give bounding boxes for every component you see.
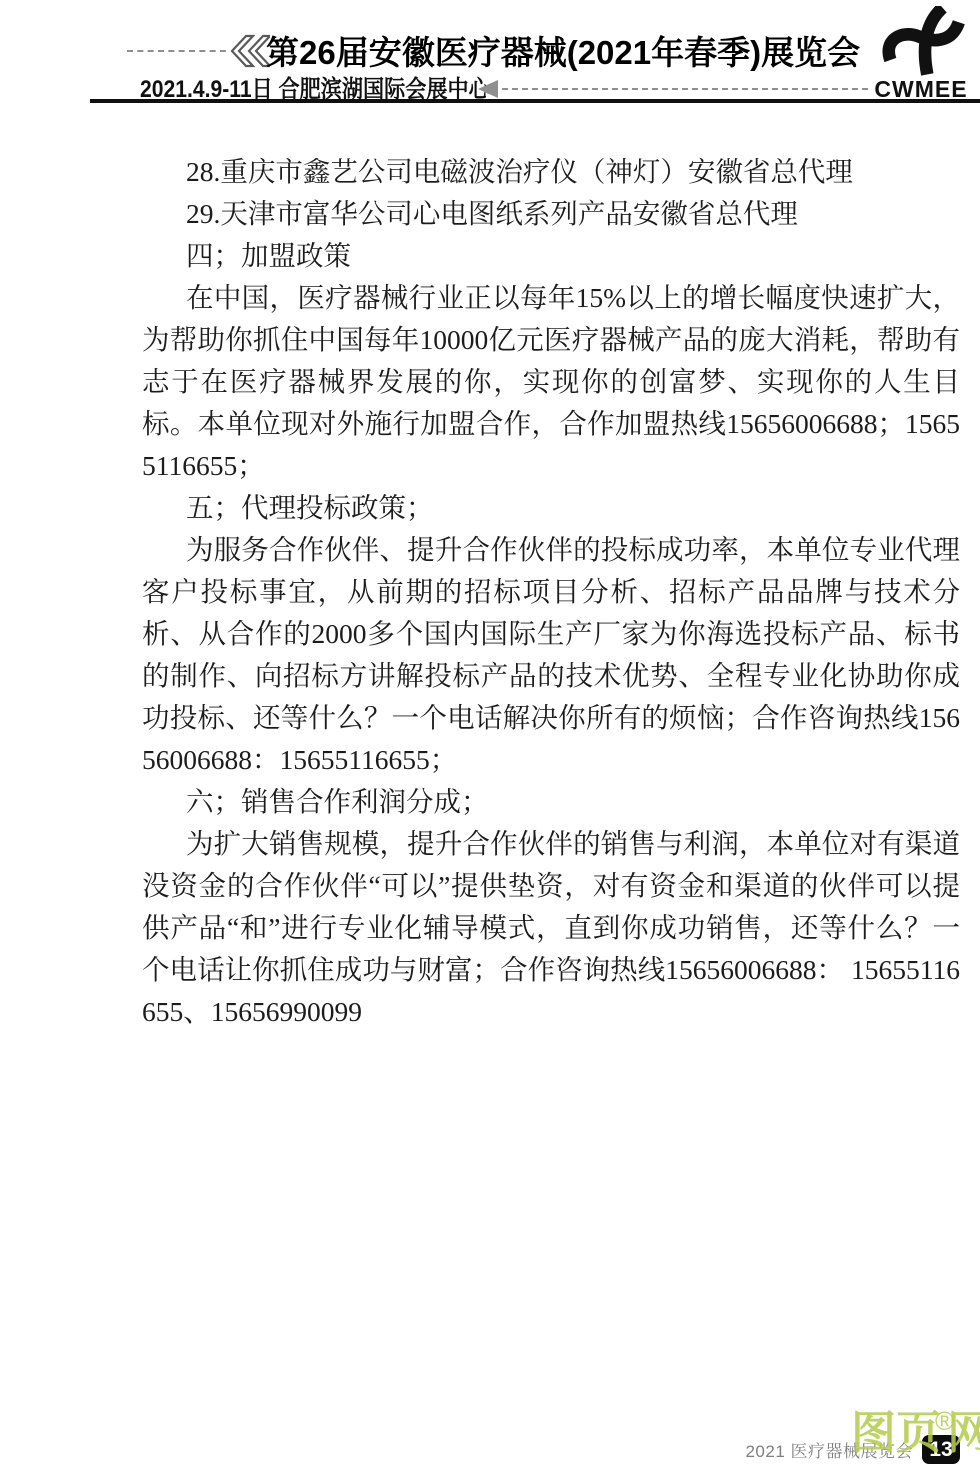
page-header-title: 第26届安徽医疗器械(2021年春季)展览会 — [266, 27, 860, 74]
header-rule — [90, 99, 980, 103]
header-dashed-line-left — [127, 50, 226, 52]
header-dashed-line-right — [502, 88, 868, 90]
section-4-paragraph: 在中国，医疗器械行业正以每年15%以上的增长幅度快速扩大，为帮助你抓住中国每年1… — [142, 277, 960, 487]
list-item-29: 29.天津市富华公司心电图纸系列产品安徽省总代理 — [142, 193, 960, 235]
watermark: 图页®网 — [851, 1408, 980, 1455]
double-chevron-left-icon — [228, 34, 270, 68]
section-6-paragraph: 为扩大销售规模，提升合作伙伴的销售与利润，本单位对有渠道没资金的合作伙伴“可以”… — [142, 823, 960, 1033]
section-5-heading: 五；代理投标政策； — [142, 487, 960, 529]
section-4-heading: 四；加盟政策 — [142, 235, 960, 277]
cwmee-logo: CWMEE — [866, 6, 976, 103]
cwmee-cross-icon — [875, 6, 967, 78]
section-6-heading: 六；销售合作利润分成； — [142, 781, 960, 823]
list-item-28: 28.重庆市鑫艺公司电磁波治疗仪（神灯）安徽省总代理 — [142, 151, 960, 193]
arrow-left-icon — [478, 80, 498, 98]
watermark-text-right: 网 — [947, 1407, 980, 1458]
document-page: 第26届安徽医疗器械(2021年春季)展览会 2021.4.9-11日 合肥滨湖… — [0, 0, 980, 1473]
document-body: 28.重庆市鑫艺公司电磁波治疗仪（神灯）安徽省总代理 29.天津市富华公司心电图… — [142, 151, 960, 1033]
section-5-paragraph: 为服务合作伙伴、提升合作伙伴的投标成功率，本单位专业代理客户投标事宜，从前期的招… — [142, 529, 960, 781]
watermark-text-left: 图页 — [851, 1407, 941, 1458]
